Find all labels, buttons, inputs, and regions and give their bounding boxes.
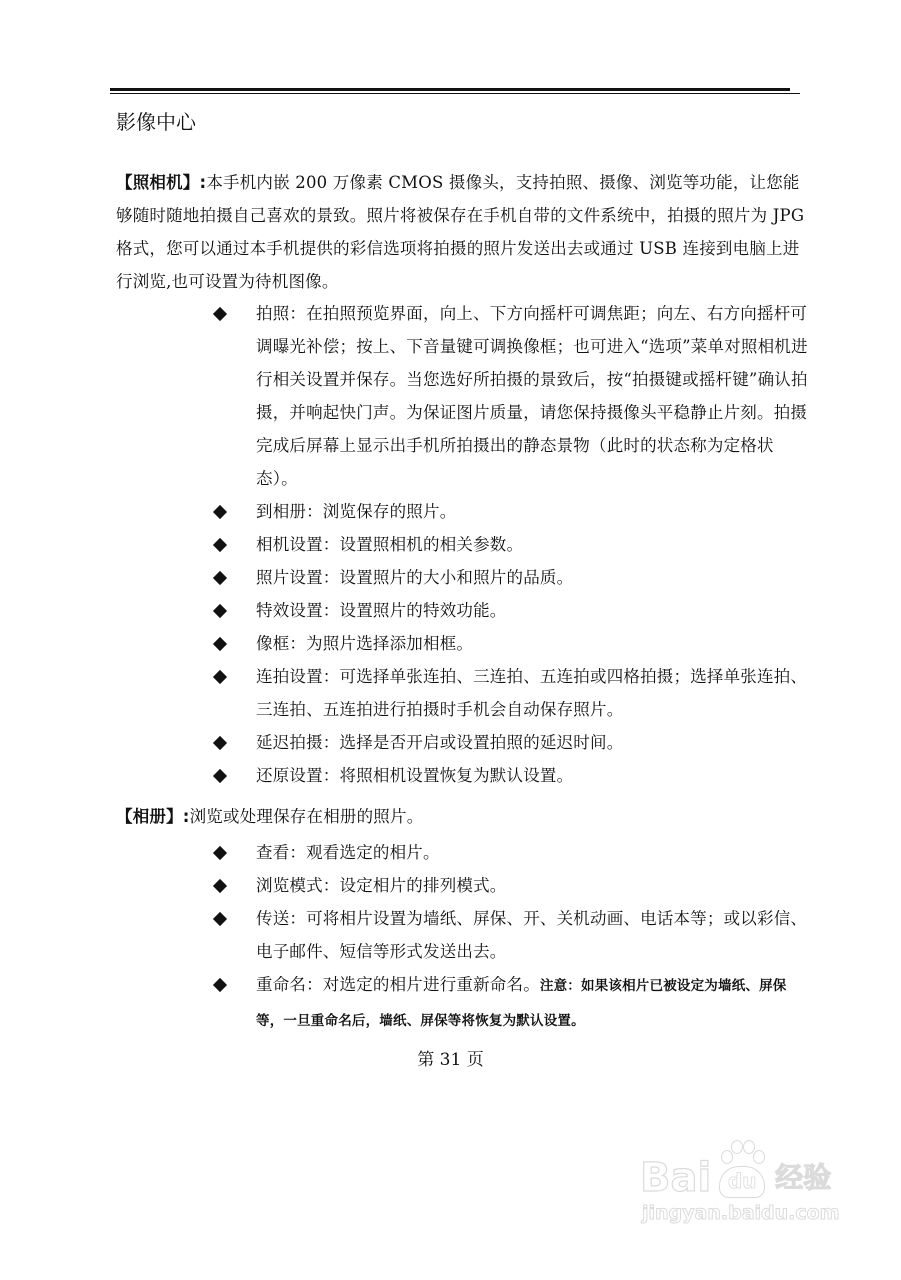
list-item: 到相册：浏览保存的照片。 xyxy=(210,495,810,528)
album-intro-text: 浏览或处理保存在相册的照片。 xyxy=(190,807,424,826)
list-item-text: 还原设置：将照相机设置恢复为默认设置。 xyxy=(256,766,573,785)
camera-feature-list: 拍照：在拍照预览界面，向上、下方向摇杆可调焦距；向左、右方向摇杆可调曝光补偿；按… xyxy=(210,297,810,792)
list-item: 照片设置：设置照片的大小和照片的品质。 xyxy=(210,561,810,594)
diamond-bullet-icon xyxy=(213,571,227,585)
list-item-text: 重命名：对选定的相片进行重新命名。 xyxy=(256,975,540,994)
list-item-text: 延迟拍摄：选择是否开启或设置拍照的延迟时间。 xyxy=(256,733,623,752)
watermark-brand-left: Bai xyxy=(640,1158,711,1198)
diamond-bullet-icon xyxy=(213,538,227,552)
diamond-bullet-icon xyxy=(213,879,227,893)
diamond-bullet-icon xyxy=(213,912,227,926)
diamond-bullet-icon xyxy=(213,736,227,750)
list-item: 延迟拍摄：选择是否开启或设置拍照的延迟时间。 xyxy=(210,726,810,759)
diamond-bullet-icon xyxy=(213,637,227,651)
list-item-text: 查看：观看选定的相片。 xyxy=(256,843,440,862)
list-item: 浏览模式：设定相片的排列模式。 xyxy=(210,869,810,902)
section-title: 影像中心 xyxy=(116,106,196,135)
watermark-brand-cn: 经验 xyxy=(775,1158,831,1198)
watermark-url: jingyan.baidu.com xyxy=(642,1202,860,1224)
list-item: 查看：观看选定的相片。 xyxy=(210,836,810,869)
list-item: 像框：为照片选择添加相框。 xyxy=(210,627,810,660)
list-item-text: 相机设置：设置照相机的相关参数。 xyxy=(256,535,523,554)
paw-toe-icon xyxy=(721,1150,733,1164)
diamond-bullet-icon xyxy=(213,978,227,992)
diamond-bullet-icon xyxy=(213,505,227,519)
diamond-bullet-icon xyxy=(213,769,227,783)
watermark-logo: Bai du 经验 xyxy=(640,1140,860,1198)
list-item: 连拍设置：可选择单张连拍、三连拍、五连拍或四格拍摄；选择单张连拍、三连拍、五连拍… xyxy=(210,660,810,726)
diamond-bullet-icon xyxy=(213,604,227,618)
diamond-bullet-icon xyxy=(213,670,227,684)
list-item-text: 到相册：浏览保存的照片。 xyxy=(256,502,456,521)
page-number: 第 31 页 xyxy=(0,1045,901,1070)
header-rule-thin xyxy=(110,93,800,94)
camera-label: 【照相机】: xyxy=(116,173,206,192)
album-label: 【相册】: xyxy=(116,807,190,826)
paw-toe-icon xyxy=(753,1150,765,1164)
list-item: 相机设置：设置照相机的相关参数。 xyxy=(210,528,810,561)
watermark-brand-paw-text: du xyxy=(719,1166,765,1198)
list-item: 还原设置：将照相机设置恢复为默认设置。 xyxy=(210,759,810,792)
list-item-text: 照片设置：设置照片的大小和照片的品质。 xyxy=(256,568,573,587)
list-item: 特效设置：设置照片的特效功能。 xyxy=(210,594,810,627)
album-intro-paragraph: 【相册】:浏览或处理保存在相册的照片。 xyxy=(116,800,806,833)
album-feature-list: 查看：观看选定的相片。 浏览模式：设定相片的排列模式。 传送：可将相片设置为墙纸… xyxy=(210,836,810,1038)
camera-intro-text: 本手机内嵌 200 万像素 CMOS 摄像头，支持拍照、摄像、浏览等功能，让您能… xyxy=(116,173,804,291)
camera-intro-paragraph: 【照相机】:本手机内嵌 200 万像素 CMOS 摄像头，支持拍照、摄像、浏览等… xyxy=(116,166,806,298)
list-item: 拍照：在拍照预览界面，向上、下方向摇杆可调焦距；向左、右方向摇杆可调曝光补偿；按… xyxy=(210,297,810,495)
document-page: 影像中心 【照相机】:本手机内嵌 200 万像素 CMOS 摄像头，支持拍照、摄… xyxy=(0,0,901,1280)
list-item: 重命名：对选定的相片进行重新命名。注意：如果该相片已被设定为墙纸、屏保等，一旦重… xyxy=(210,968,810,1038)
diamond-bullet-icon xyxy=(213,846,227,860)
list-item-text: 浏览模式：设定相片的排列模式。 xyxy=(256,876,507,895)
list-item-text: 像框：为照片选择添加相框。 xyxy=(256,634,473,653)
paw-icon: du xyxy=(713,1140,769,1198)
list-item: 传送：可将相片设置为墙纸、屏保、开、关机动画、电话本等；或以彩信、电子邮件、短信… xyxy=(210,902,810,968)
list-item-text: 连拍设置：可选择单张连拍、三连拍、五连拍或四格拍摄；选择单张连拍、三连拍、五连拍… xyxy=(256,667,807,719)
list-item-text: 传送：可将相片设置为墙纸、屏保、开、关机动画、电话本等；或以彩信、电子邮件、短信… xyxy=(256,909,807,961)
list-item-text: 特效设置：设置照片的特效功能。 xyxy=(256,601,507,620)
baidu-jingyan-watermark: Bai du 经验 jingyan.baidu.com xyxy=(640,1140,860,1250)
paw-toe-icon xyxy=(731,1140,743,1154)
diamond-bullet-icon xyxy=(213,307,227,321)
header-rule xyxy=(110,88,800,94)
list-item-text: 拍照：在拍照预览界面，向上、下方向摇杆可调焦距；向左、右方向摇杆可调曝光补偿；按… xyxy=(256,304,808,488)
header-rule-thick xyxy=(110,88,790,91)
